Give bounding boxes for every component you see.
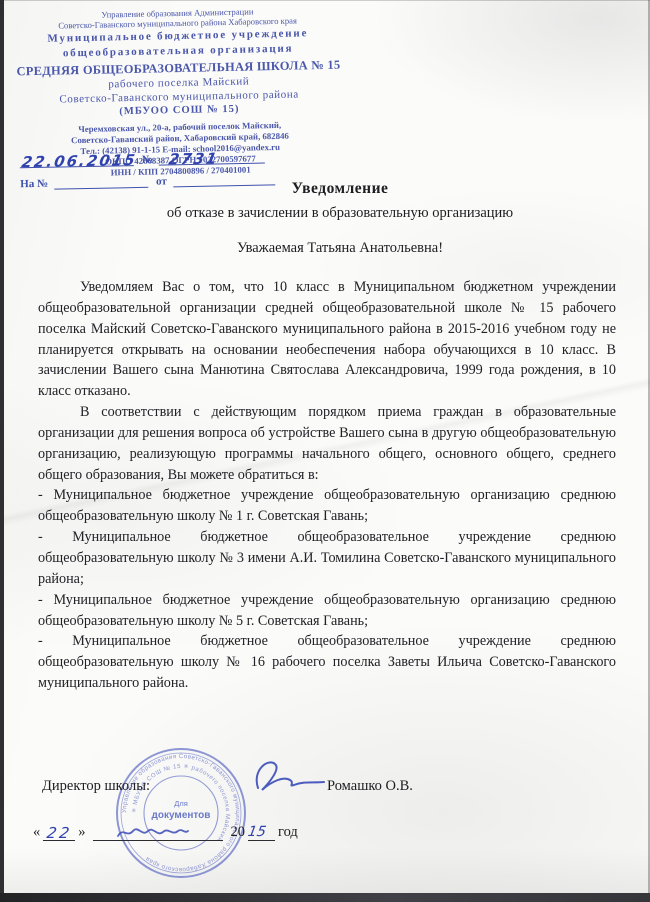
scan-edge-bottom (0, 893, 650, 902)
handwritten-day: 22 (45, 824, 73, 842)
close-quote: » (78, 824, 85, 841)
paragraph-refusal: Уведомляем Вас о том, что 10 класс в Мун… (38, 277, 616, 402)
year-prefix: 20 (231, 824, 246, 841)
scanned-letter: Управление образования Администрации Сов… (0, 0, 650, 902)
scan-edge-left (0, 0, 4, 902)
paragraph-advice: В соответствии с действующим порядком пр… (38, 402, 616, 485)
letter-body: Уведомляем Вас о том, что 10 класс в Мун… (38, 277, 616, 694)
list-item-school5: - Муниципальное бюджетное учреждение общ… (38, 590, 616, 632)
handwritten-year: 15 (247, 824, 268, 840)
document-title: Уведомление (40, 180, 640, 198)
month-line (93, 824, 223, 841)
scan-edge-top (0, 0, 650, 1)
number-sign: № (142, 154, 153, 166)
handwritten-outgoing-date: 22.06.2015 (18, 151, 135, 171)
list-item-school3: - Муниципальное бюджетное общеобразовате… (38, 527, 616, 590)
title-block: Уведомление об отказе в зачислении в обр… (40, 180, 640, 222)
document-subtitle: об отказе в зачислении в образовательную… (40, 205, 640, 222)
open-quote: « (33, 824, 40, 841)
date-fill-line: « 22 » 20 15 год (30, 824, 301, 841)
stamp-center-word1: Для (174, 799, 188, 808)
day-line: 22 (43, 824, 75, 841)
director-name: Ромашко О.В. (327, 778, 413, 795)
outgoing-number-line: 2731 (159, 149, 265, 166)
stamp-center-word2: документов (152, 810, 211, 821)
round-stamp: Управление образования Советско-Гаванско… (112, 744, 250, 882)
greeting-line: Уважаемая Татьяна Анатольевна! (40, 240, 640, 257)
year-suffix: год (278, 824, 298, 841)
list-item-school1: - Муниципальное бюджетное учреждение общ… (38, 485, 616, 527)
director-label: Директор школы: (42, 778, 150, 795)
director-signature (248, 756, 332, 798)
handwritten-month-scribble (115, 824, 191, 840)
outgoing-date-line: 22.06.2015 (20, 151, 134, 168)
list-item-school16: - Муниципальное бюджетное общеобразовате… (38, 631, 616, 694)
handwritten-outgoing-number: 2731 (157, 149, 266, 169)
year-line: 15 (248, 824, 275, 841)
